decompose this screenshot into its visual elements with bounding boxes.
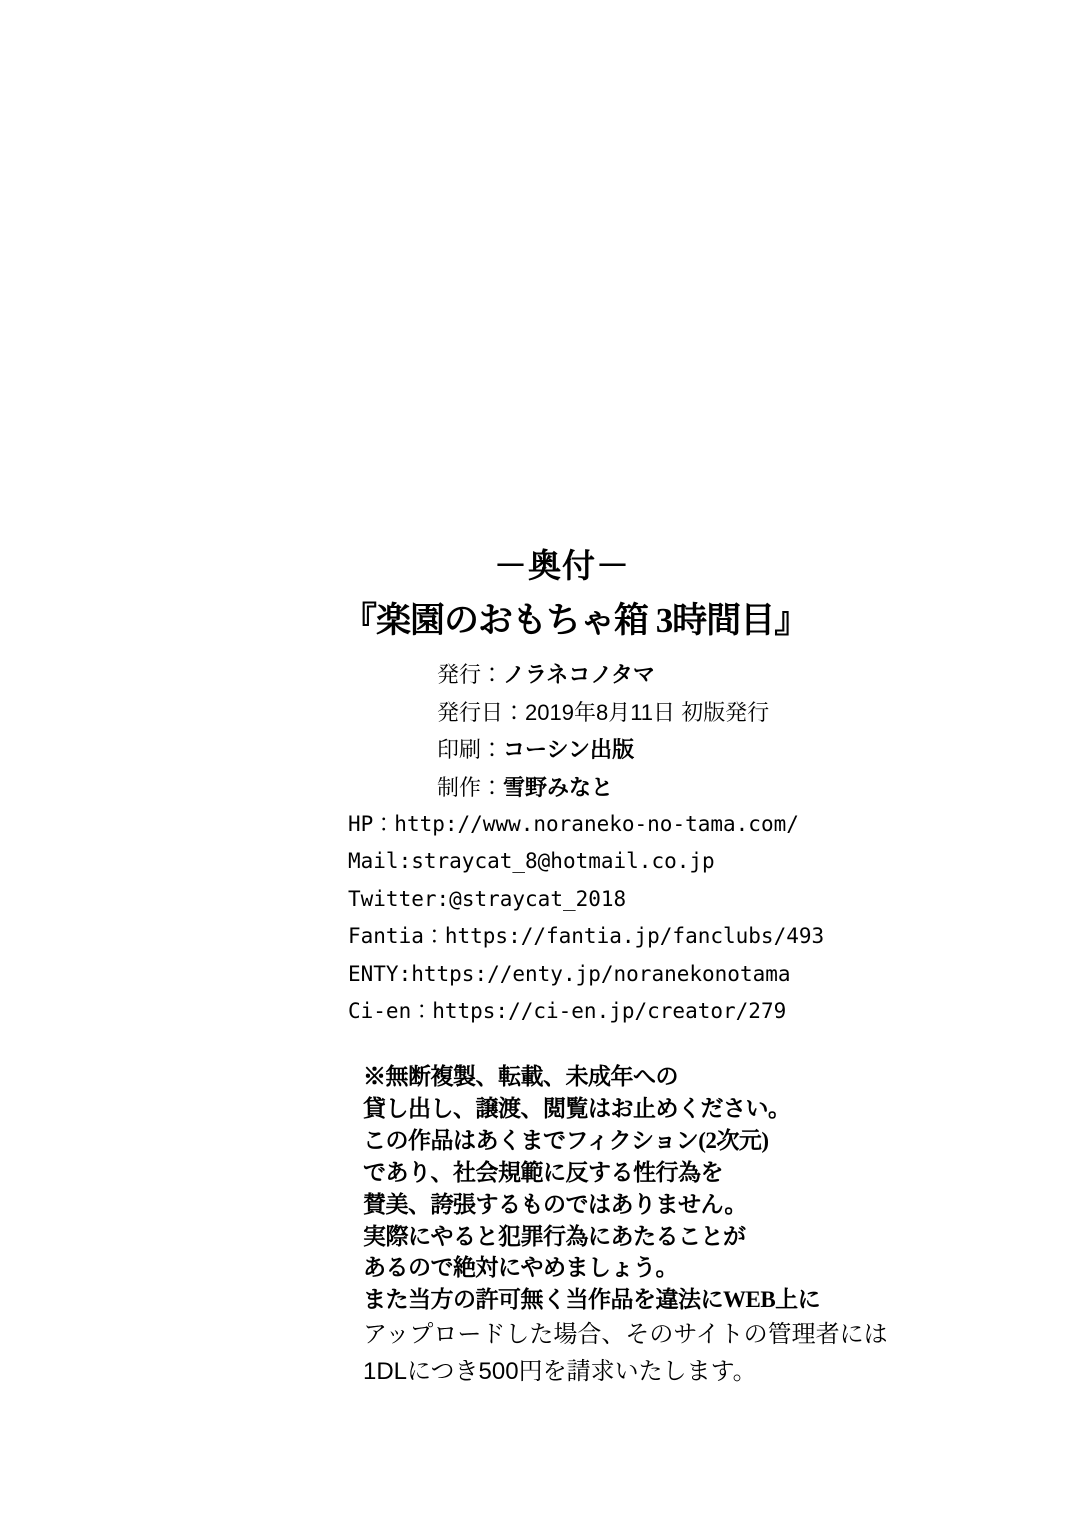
creator-label: 制作：	[437, 775, 503, 800]
enty-label: ENTY	[348, 962, 399, 986]
contact-links: HP：http://www.noraneko-no-tama.com/ Mail…	[348, 806, 824, 1030]
colophon-page: －奥付－ 『楽園のおもちゃ箱 3時間目』 発行：ノラネコノタマ 発行日：2019…	[0, 0, 1075, 1518]
publisher-label: 発行：	[437, 662, 503, 687]
disclaimer-line: この作品はあくまでフィクション(2次元)	[363, 1125, 820, 1157]
enty-url: https://enty.jp/noranekonotama	[411, 962, 790, 986]
upload-notice-line: アップロードした場合、そのサイトの管理者には	[363, 1317, 888, 1354]
mail-separator: :	[399, 849, 412, 873]
book-title: 『楽園のおもちゃ箱 3時間目』	[342, 593, 808, 643]
contact-line-fantia: Fantia：https://fantia.jp/fanclubs/493	[348, 918, 824, 955]
creator-value: 雪野みなと	[503, 775, 613, 800]
disclaimer-line: 貸し出し、譲渡、閲覧はお止めください。	[363, 1093, 820, 1125]
hp-label: HP	[348, 812, 373, 836]
cien-url: https://ci-en.jp/creator/279	[432, 999, 786, 1023]
mail-label: Mail	[348, 849, 399, 873]
publication-line-date: 発行日：2019年8月11日 初版発行	[437, 694, 769, 732]
upload-notice-line: 1DLにつき500円を請求いたします。	[363, 1354, 888, 1391]
printer-value: コーシン出版	[503, 737, 634, 762]
twitter-separator: :	[437, 887, 450, 911]
printer-label: 印刷：	[437, 737, 503, 762]
section-header: －奥付－	[494, 540, 630, 587]
contact-line-cien: Ci-en：https://ci-en.jp/creator/279	[348, 993, 824, 1030]
fantia-separator: ：	[424, 924, 445, 948]
contact-line-twitter: Twitter:@straycat_2018	[348, 881, 824, 918]
publish-date-label: 発行日：	[437, 700, 525, 725]
disclaimer-line: また当方の許可無く当作品を違法にWEB上に	[363, 1284, 820, 1316]
publication-line-publisher: 発行：ノラネコノタマ	[437, 656, 769, 694]
disclaimer-line: あるので絶対にやめましょう。	[363, 1252, 820, 1284]
publication-line-printer: 印刷：コーシン出版	[437, 731, 769, 769]
hp-separator: ：	[373, 812, 394, 836]
enty-separator: :	[399, 962, 412, 986]
fantia-label: Fantia	[348, 924, 424, 948]
contact-line-hp: HP：http://www.noraneko-no-tama.com/	[348, 806, 824, 843]
publication-info: 発行：ノラネコノタマ 発行日：2019年8月11日 初版発行 印刷：コーシン出版…	[437, 656, 769, 806]
contact-line-mail: Mail:straycat_8@hotmail.co.jp	[348, 843, 824, 880]
disclaimer-line: 実際にやると犯罪行為にあたることが	[363, 1221, 820, 1253]
disclaimer-text: ※無断複製、転載、未成年への 貸し出し、譲渡、閲覧はお止めください。 この作品は…	[363, 1061, 820, 1316]
twitter-label: Twitter	[348, 887, 437, 911]
hp-url: http://www.noraneko-no-tama.com/	[394, 812, 799, 836]
disclaimer-line: であり、社会規範に反する性行為を	[363, 1157, 820, 1189]
cien-label: Ci-en	[348, 999, 411, 1023]
publish-date-value: 2019年8月11日 初版発行	[525, 700, 769, 725]
publisher-value: ノラネコノタマ	[503, 662, 655, 687]
contact-line-enty: ENTY:https://enty.jp/noranekonotama	[348, 956, 824, 993]
disclaimer-line: 賛美、誇張するものではありません。	[363, 1189, 820, 1221]
fantia-url: https://fantia.jp/fanclubs/493	[445, 924, 824, 948]
upload-penalty-notice: アップロードした場合、そのサイトの管理者には 1DLにつき500円を請求いたしま…	[363, 1317, 888, 1390]
mail-address: straycat_8@hotmail.co.jp	[411, 849, 714, 873]
publication-line-creator: 制作：雪野みなと	[437, 769, 769, 807]
disclaimer-line: ※無断複製、転載、未成年への	[363, 1061, 820, 1093]
twitter-handle: @straycat_2018	[449, 887, 626, 911]
cien-separator: ：	[411, 999, 432, 1023]
